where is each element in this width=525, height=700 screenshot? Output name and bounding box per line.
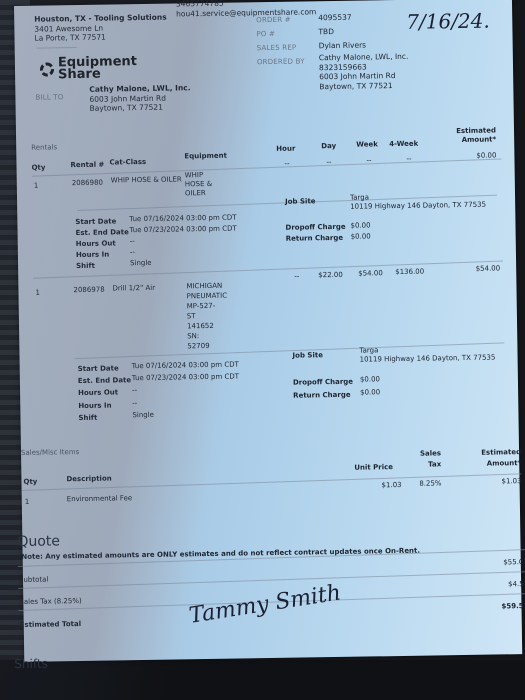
misc-unit-price: $1.03	[352, 481, 402, 490]
rental-quote-document: Houston, TX - Tooling Solutions 3401 Awe…	[14, 0, 522, 662]
misc-qty: 1	[25, 498, 30, 506]
hours-in: --	[130, 248, 135, 256]
rental-4week-rate: $136.00	[395, 268, 424, 276]
bill-to-label: BILL TO	[35, 93, 63, 101]
po-label: PO #	[256, 30, 275, 38]
equipment-line: 52709	[187, 341, 228, 352]
hours-out: --	[132, 386, 137, 394]
return-charge: $0.00	[360, 388, 380, 396]
estimated-total-value: $59.57	[478, 602, 525, 611]
handwritten-note: will call.	[404, 0, 481, 5]
rental-week-rate: $54.00	[358, 269, 383, 277]
misc-col-estimated-amount: Estimated Amount*	[471, 447, 521, 470]
misc-col-estimated-amount-line1: Estimated	[471, 447, 521, 459]
dropoff-charge-label: Dropoff Charge	[285, 223, 345, 232]
handwritten-date: 7/16/24.	[406, 9, 490, 34]
job-site-address: 10119 Highway 146 Dayton, TX 77535	[360, 353, 496, 363]
background-surface-bottom	[0, 660, 525, 700]
misc-col-sales-tax: Sales Tax	[406, 448, 441, 471]
hours-out: --	[130, 237, 135, 245]
equipment-line: OILER	[185, 189, 212, 198]
misc-col-qty: Qty	[23, 478, 37, 486]
rental-hour-rate: --	[284, 160, 289, 168]
start-date-label: Start Date	[78, 364, 119, 373]
misc-col-description: Description	[66, 475, 111, 484]
misc-description: Environmental Fee	[67, 494, 133, 503]
rental-4week-rate: --	[406, 155, 411, 163]
col-cat-class: Cat-Class	[109, 158, 146, 167]
job-site-name: Targa	[350, 193, 369, 201]
company-phone: 3465774785	[176, 0, 224, 8]
hours-out-label: Hours Out	[76, 239, 116, 248]
equipment-line: WHIP	[185, 171, 212, 180]
company-address-2: La Porte, TX 77571	[34, 33, 106, 43]
col-rental-no: Rental #	[70, 161, 104, 170]
job-site-label: Job Site	[292, 351, 323, 359]
rental-qty: 1	[35, 289, 40, 297]
dropoff-charge-label: Dropoff Charge	[293, 378, 353, 387]
misc-col-sales-tax-line1: Sales	[406, 448, 441, 460]
quote-title: Quote	[17, 533, 60, 550]
po-number: TBD	[318, 27, 334, 36]
rental-day-rate: $22.00	[318, 271, 343, 279]
rentals-section-label: Rentals	[31, 143, 57, 151]
dropoff-charge: $0.00	[350, 221, 370, 229]
equipment-line: MP-527-	[187, 301, 228, 312]
equipment-line: 141652	[187, 321, 228, 332]
logo-text-line2: Share	[58, 68, 137, 81]
equipment-line: MICHIGAN	[186, 281, 227, 292]
rental-hour-rate: --	[294, 273, 299, 281]
job-site-label: Job Site	[285, 197, 316, 205]
bill-to-address: Cathy Malone, LWL, Inc. 6003 John Martin…	[89, 83, 191, 113]
col-4week: 4-Week	[389, 140, 418, 148]
return-charge-label: Return Charge	[286, 234, 344, 243]
equipment-line: ST	[187, 311, 228, 322]
rental-week-rate: --	[366, 156, 371, 164]
ordered-by-label: ORDERED BY	[257, 57, 305, 66]
col-estimated-amount: Estimated Amount*	[446, 126, 496, 145]
rental-cat-class: Drill 1/2" Air	[112, 284, 155, 293]
return-charge: $0.00	[351, 232, 371, 240]
rental-cat-class: WHIP HOSE & OILER	[111, 175, 182, 184]
shift-label: Shift	[78, 414, 97, 422]
rental-number: 2086980	[72, 179, 103, 187]
end-date: Tue 07/23/2024 03:00 pm CDT	[129, 225, 236, 235]
col-equipment: Equipment	[184, 152, 227, 161]
subtotal-label: Subtotal	[19, 576, 48, 584]
col-estimated-amount-line2: Amount*	[446, 135, 496, 145]
sales-tax-label: Sales Tax (8.25%)	[19, 597, 81, 606]
subtotal-value: $55.03	[478, 558, 525, 567]
col-day: Day	[321, 142, 336, 150]
equipment-line: SN:	[187, 331, 228, 342]
job-site-address: 10119 Highway 146 Dayton, TX 77535	[350, 201, 486, 211]
hours-in-label: Hours In	[76, 251, 109, 260]
ordered-by-city: Baytown, TX 77521	[319, 80, 409, 91]
sales-rep-label: SALES REP	[257, 44, 297, 53]
end-date-label: Est. End Date	[78, 376, 131, 385]
hours-out-label: Hours Out	[78, 388, 118, 397]
order-number-label: ORDER #	[256, 16, 291, 25]
hours-in-label: Hours In	[78, 402, 111, 411]
end-date-label: Est. End Date	[76, 228, 129, 237]
rental-day-rate: --	[326, 158, 331, 166]
rental-equipment: WHIP HOSE & OILER	[185, 171, 213, 198]
shifts-title: Shifts	[14, 657, 48, 672]
return-charge-label: Return Charge	[293, 391, 351, 400]
bill-to-city: Baytown, TX 77521	[90, 102, 191, 113]
rental-number: 2086978	[73, 286, 104, 294]
col-hour: Hour	[276, 145, 295, 153]
company-logo: Equipment Share	[40, 56, 137, 82]
gear-logo-icon	[40, 62, 54, 76]
hours-in: --	[132, 399, 137, 407]
order-number: 4095537	[318, 13, 352, 23]
start-date-label: Start Date	[75, 217, 116, 226]
sales-tax-value: $4.54	[478, 580, 525, 589]
job-site-name: Targa	[359, 346, 378, 354]
ordered-by-street: 6003 John Martin Rd	[319, 71, 409, 82]
equipment-line: HOSE &	[185, 180, 212, 189]
misc-col-sales-tax-line2: Tax	[406, 459, 441, 471]
shift: Single	[132, 411, 154, 419]
rental-amount: $54.00	[450, 264, 500, 273]
col-qty: Qty	[31, 164, 45, 172]
sales-rep: Dylan Rivers	[319, 40, 367, 50]
company-branch: Houston, TX - Tooling Solutions	[34, 13, 167, 24]
sales-misc-section-label: Sales/Misc Items	[21, 448, 79, 457]
bill-to-name: Cathy Malone, LWL, Inc.	[89, 83, 190, 94]
dropoff-charge: $0.00	[360, 375, 380, 383]
company-email: hou41.service@equipmentshare.com	[176, 7, 316, 18]
ordered-by: Cathy Malone, LWL, Inc. 8323159663 6003 …	[319, 52, 409, 91]
rental-amount: $0.00	[446, 151, 496, 160]
misc-col-estimated-amount-line2: Amount*	[471, 458, 521, 470]
signature: Tammy Smith	[187, 580, 342, 628]
estimated-total-label: Estimated Total	[20, 620, 82, 629]
misc-sales-tax: 8.25%	[406, 479, 441, 488]
shift: Single	[130, 259, 152, 267]
end-date: Tue 07/23/2024 03:00 pm CDT	[132, 373, 239, 383]
equipment-line: PNEUMATIC	[187, 291, 228, 302]
misc-col-unit-price: Unit Price	[354, 463, 393, 472]
shift-label: Shift	[76, 262, 95, 270]
start-date: Tue 07/16/2024 03:00 pm CDT	[129, 214, 236, 224]
rental-equipment: MICHIGAN PNEUMATIC MP-527- ST 141652 SN:…	[186, 281, 228, 352]
ordered-by-name: Cathy Malone, LWL, Inc.	[319, 52, 409, 63]
col-week: Week	[356, 140, 378, 148]
misc-amount: $1.03	[471, 477, 521, 486]
start-date: Tue 07/16/2024 03:00 pm CDT	[132, 361, 239, 371]
rental-qty: 1	[34, 182, 39, 190]
